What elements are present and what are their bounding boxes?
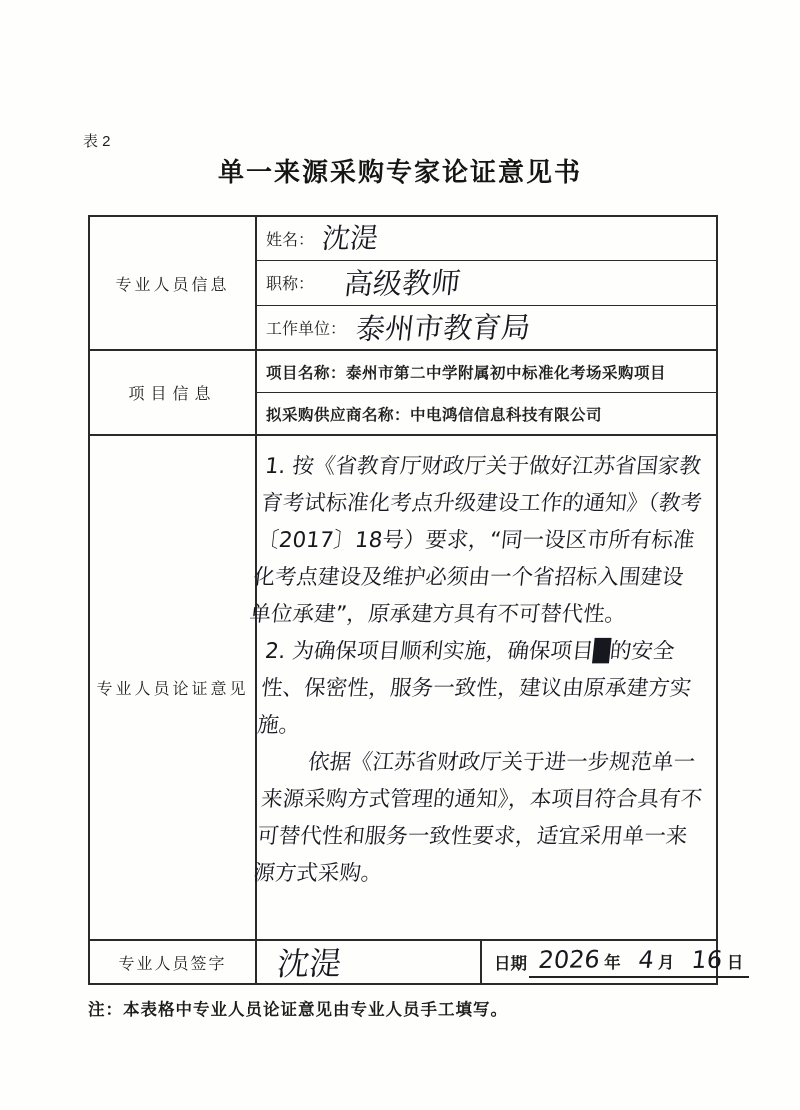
supplier-name-label: 拟采购供应商名称：: [266, 403, 410, 425]
opinion-paragraph-1: 1. 按《省教育厅财政厅关于做好江苏省国家教育考试标准化考点升级建设工作的通知》…: [248, 448, 708, 633]
name-label: 姓名：: [266, 227, 314, 250]
supplier-name-value: 中电鸿信信息科技有限公司: [410, 403, 602, 425]
form-table: 专业人员信息 姓名： 沈湜 职称： 高级教师 工作单位： 泰州市教育局 项目信息: [88, 215, 718, 985]
date-day-unit: 日: [727, 949, 744, 973]
opinion-handwritten-text: 1. 按《省教育厅财政厅关于做好江苏省国家教育考试标准化考点升级建设工作的通知》…: [257, 436, 716, 939]
signature-handwritten-value: 沈湜: [275, 938, 344, 985]
field-work-unit: 工作单位： 泰州市教育局: [257, 305, 716, 349]
title-label: 职称：: [266, 271, 314, 294]
name-handwritten-value: 沈湜: [320, 216, 381, 257]
field-name: 姓名： 沈湜: [257, 217, 716, 260]
date-year-handwritten: 2026: [537, 945, 601, 974]
section-opinion: 专业人员论证意见 1. 按《省教育厅财政厅关于做好江苏省国家教育考试标准化考点升…: [90, 434, 716, 939]
section-signature: 专业人员签字 沈湜 日期 2026 年 4 月 16 日: [90, 939, 716, 983]
project-name-value: 泰州市第二中学附属初中标准化考场采购项目: [346, 361, 666, 383]
page-title: 单一来源采购专家论证意见书: [0, 152, 800, 189]
work-unit-label: 工作单位：: [266, 316, 346, 339]
field-project-name: 项目名称： 泰州市第二中学附属初中标准化考场采购项目: [257, 351, 716, 392]
date-underline: 2026 年 4 月 16 日: [529, 946, 749, 978]
scanned-form-page: 表 2 单一来源采购专家论证意见书 专业人员信息 姓名： 沈湜 职称： 高级教师…: [0, 0, 800, 1110]
date-label: 日期: [494, 950, 527, 974]
section-label-opinion: 专业人员论证意见: [90, 436, 257, 939]
title-handwritten-value: 高级教师: [342, 261, 463, 303]
work-unit-handwritten-value: 泰州市教育局: [354, 305, 533, 348]
opinion-paragraph-3: 依据《江苏省财政厅关于进一步规范单一来源采购方式管理的通知》，本项目符合具有不可…: [251, 744, 708, 892]
field-supplier-name: 拟采购供应商名称： 中电鸿信信息科技有限公司: [257, 392, 716, 434]
section-personnel: 专业人员信息 姓名： 沈湜 职称： 高级教师 工作单位： 泰州市教育局: [90, 217, 716, 349]
footnote: 注：本表格中专业人员论证意见由专业人员手工填写。: [88, 996, 508, 1020]
project-name-label: 项目名称：: [266, 361, 346, 383]
date-month-handwritten: 4: [637, 946, 655, 974]
date-cell: 日期 2026 年 4 月 16 日: [482, 941, 759, 983]
date-day-handwritten: 16: [690, 946, 724, 974]
section-label-signature: 专业人员签字: [90, 941, 257, 983]
section-label-project: 项目信息: [90, 351, 257, 434]
opinion-paragraph-2: 2. 为确保项目顺利实施，确保项目█的安全性、保密性，服务一致性，建议由原承建方…: [255, 633, 708, 744]
date-month-unit: 月: [658, 949, 675, 973]
field-title: 职称： 高级教师: [257, 260, 716, 304]
section-project: 项目信息 项目名称： 泰州市第二中学附属初中标准化考场采购项目 拟采购供应商名称…: [90, 349, 716, 434]
signature-cell: 沈湜: [257, 941, 482, 983]
form-number: 表 2: [83, 130, 111, 151]
date-year-unit: 年: [604, 949, 621, 973]
section-label-personnel: 专业人员信息: [90, 217, 257, 349]
